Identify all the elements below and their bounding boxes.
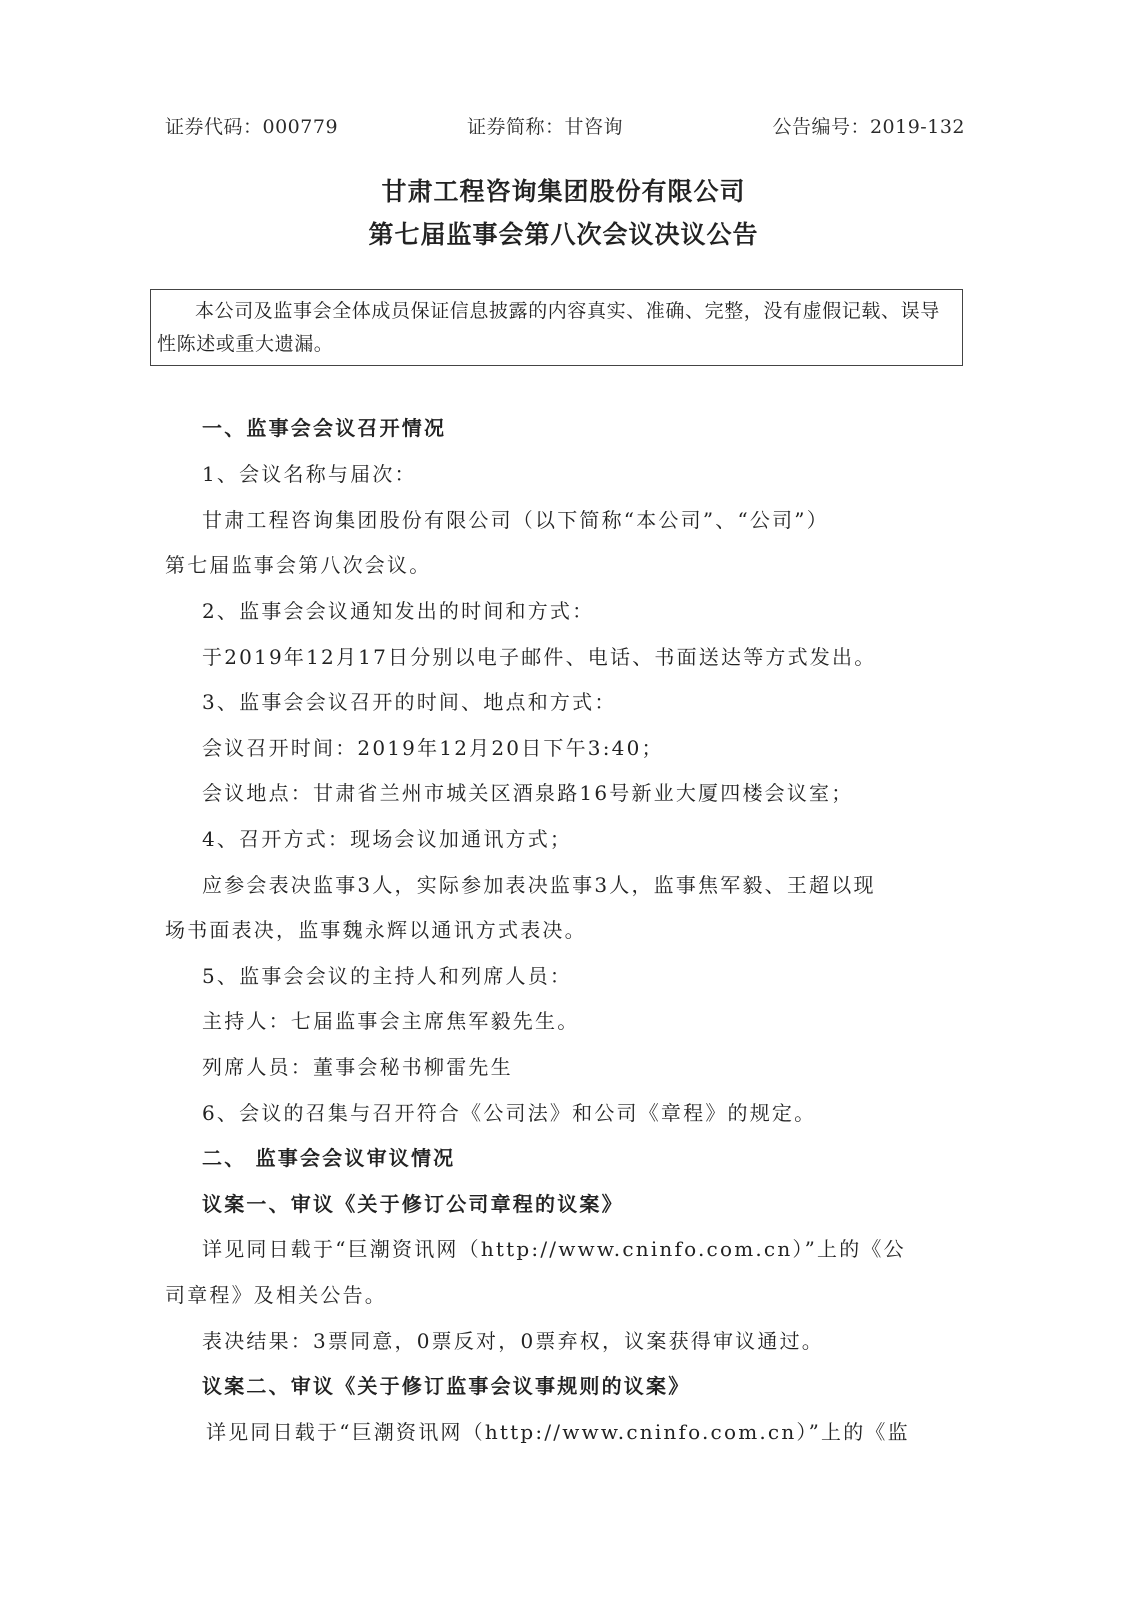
announcement-number: 公告编号：2019-132: [772, 112, 965, 139]
item-1-heading: 1、会议名称与届次：: [202, 458, 417, 487]
item-3-time: 会议召开时间：2019年12月20日下午3:40；: [202, 732, 664, 761]
stock-code: 证券代码：000779: [165, 112, 338, 139]
motion-1-heading: 议案一、审议《关于修订公司章程的议案》: [202, 1188, 624, 1217]
disclaimer-box: 本公司及监事会全体成员保证信息披露的内容真实、准确、完整，没有虚假记载、误导性陈…: [150, 289, 963, 366]
item-2-text: 于2019年12月17日分别以电子邮件、电话、书面送达等方式发出。: [202, 641, 876, 670]
stock-abbreviation: 证券简称：甘咨询: [467, 112, 623, 139]
motion-1-text-line-1: 详见同日载于“巨潮资讯网（http://www.cninfo.com.cn）”上…: [202, 1233, 906, 1262]
motion-2-text-line-1: 详见同日载于“巨潮资讯网（http://www.cninfo.com.cn）”上…: [206, 1416, 910, 1445]
motion-1-result: 表决结果：3票同意，0票反对，0票弃权，议案获得审议通过。: [202, 1325, 824, 1354]
item-1-text-line-1: 甘肃工程咨询集团股份有限公司（以下简称“本公司”、“公司”）: [202, 504, 829, 533]
company-name-title: 甘肃工程咨询集团股份有限公司: [0, 172, 1129, 208]
item-6-text: 6、会议的召集与召开符合《公司法》和公司《章程》的规定。: [202, 1097, 816, 1126]
item-3-heading: 3、监事会会议召开的时间、地点和方式：: [202, 686, 617, 715]
item-5-host: 主持人：七届监事会主席焦军毅先生。: [202, 1005, 579, 1034]
item-5-attendees: 列席人员：董事会秘书柳雷先生: [202, 1051, 513, 1080]
announcement-title: 第七届监事会第八次会议决议公告: [0, 215, 1129, 251]
item-4-text-line-2: 场书面表决，监事魏永辉以通讯方式表决。: [165, 914, 587, 943]
motion-2-heading: 议案二、审议《关于修订监事会议事规则的议案》: [202, 1370, 690, 1399]
section-heading-2: 二、 监事会会议审议情况: [202, 1142, 455, 1171]
item-3-place: 会议地点：甘肃省兰州市城关区酒泉路16号新业大厦四楼会议室；: [202, 777, 853, 806]
item-4-heading: 4、召开方式：现场会议加通讯方式；: [202, 823, 572, 852]
motion-1-text-line-2: 司章程》及相关公告。: [165, 1279, 387, 1308]
item-5-heading: 5、监事会会议的主持人和列席人员：: [202, 960, 572, 989]
item-2-heading: 2、监事会会议通知发出的时间和方式：: [202, 595, 594, 624]
disclaimer-text: 本公司及监事会全体成员保证信息披露的内容真实、准确、完整，没有虚假记载、误导性陈…: [157, 295, 956, 361]
section-heading-1: 一、监事会会议召开情况: [202, 412, 446, 441]
item-4-text-line-1: 应参会表决监事3人，实际参加表决监事3人，监事焦军毅、王超以现: [202, 869, 876, 898]
item-1-text-line-2: 第七届监事会第八次会议。: [165, 549, 431, 578]
announcement-header: 证券代码：000779 证券简称：甘咨询 公告编号：2019-132: [165, 112, 965, 142]
